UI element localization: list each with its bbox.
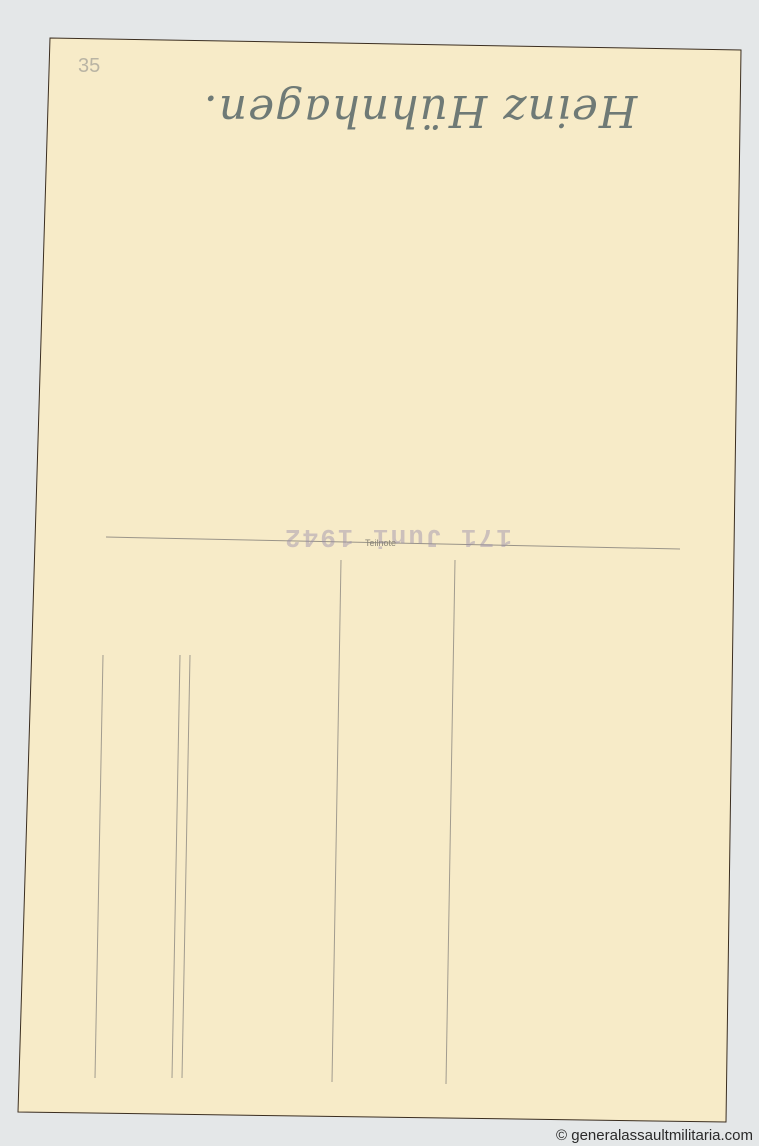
pencil-mark: 35 bbox=[78, 55, 100, 78]
handwritten-name: Heinz Hühnhagen. bbox=[190, 85, 650, 136]
stamp-small-text: Teilnote bbox=[365, 538, 396, 548]
postcard-back bbox=[0, 0, 759, 1146]
watermark: © generalassaultmilitaria.com bbox=[556, 1127, 753, 1144]
date-stamp: 171 Juni 1942 bbox=[283, 522, 512, 552]
